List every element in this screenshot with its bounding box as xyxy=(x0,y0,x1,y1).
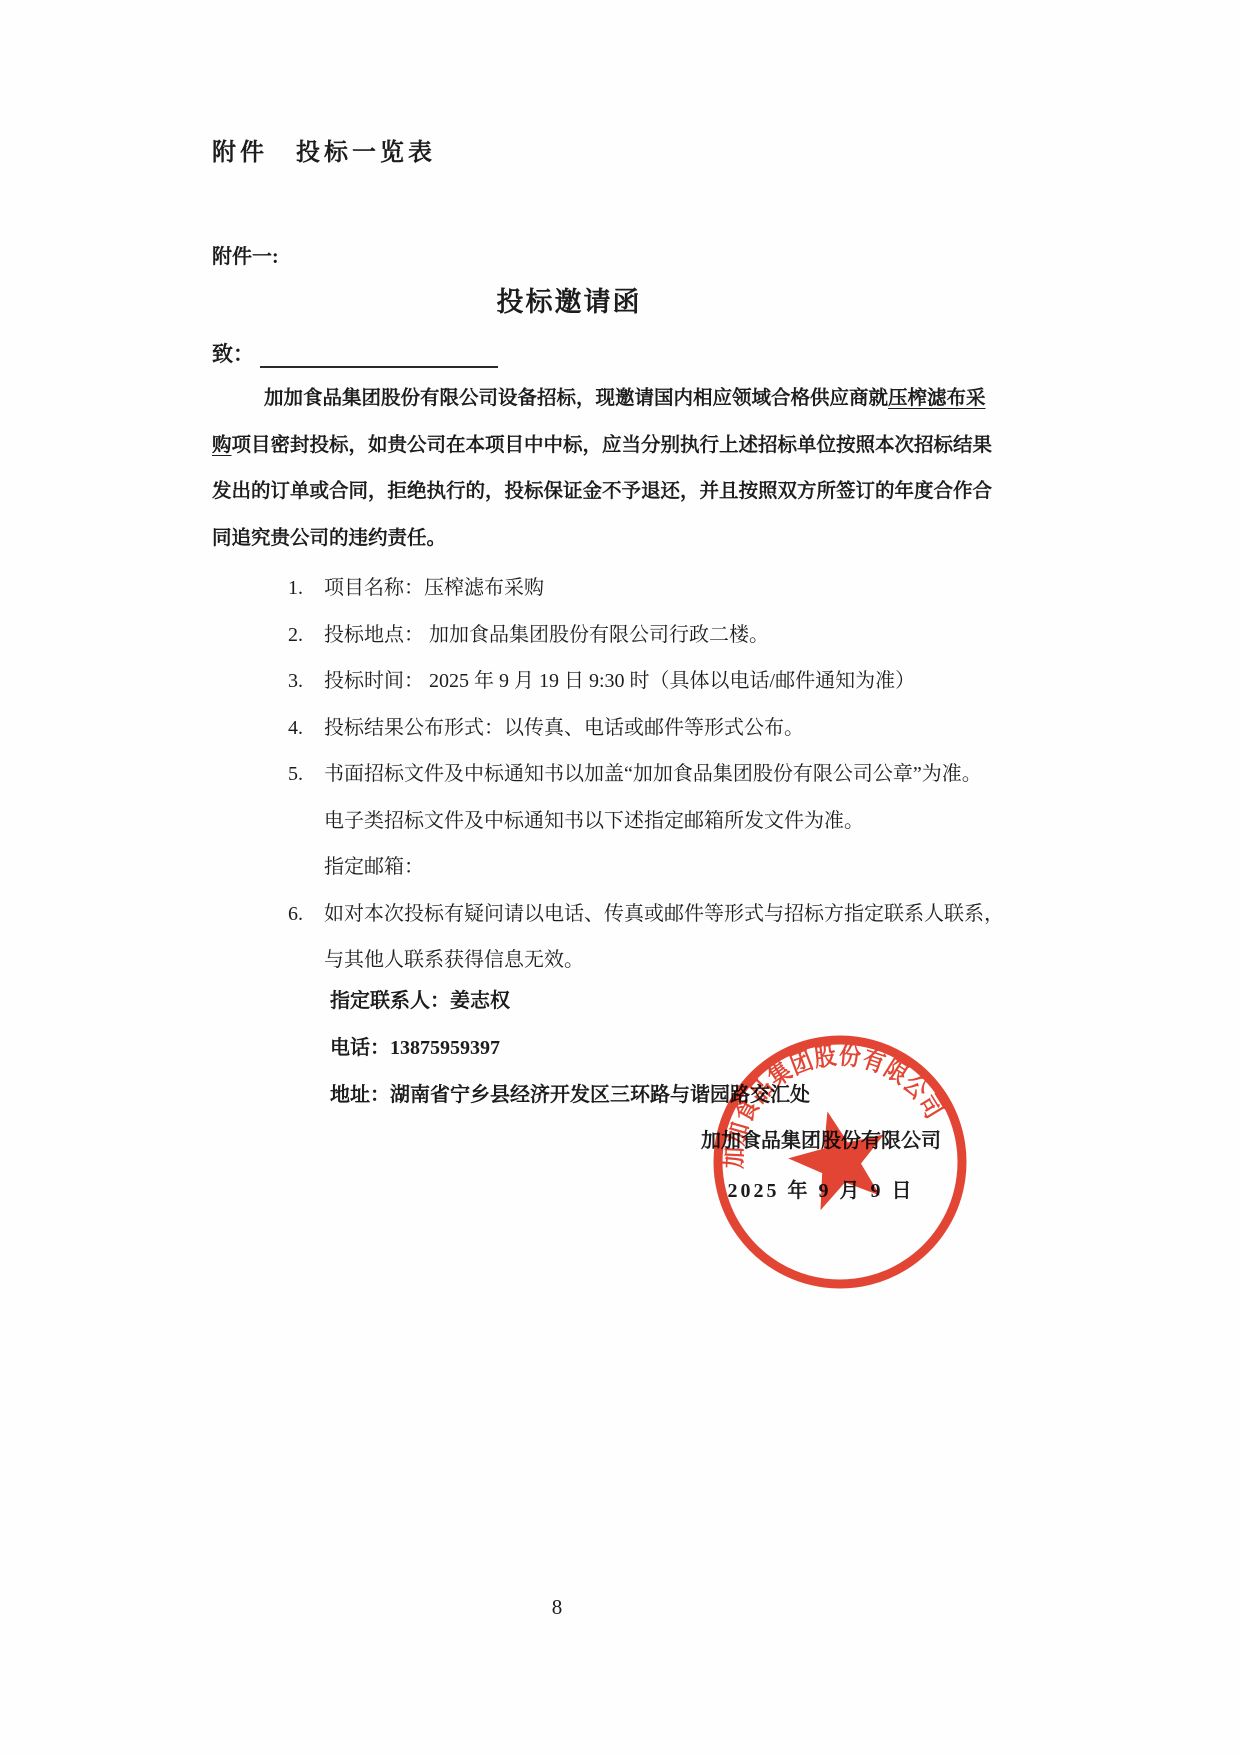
item-number: 1. xyxy=(288,565,324,612)
contact-address: 地址：湖南省宁乡县经济开发区三环路与谐园路交汇处 xyxy=(330,1072,810,1119)
intro-text: 同追究贵公司的违约责任。 xyxy=(212,528,446,549)
list-item: 2. 投标地点： 加加食品集团股份有限公司行政二楼。 xyxy=(288,612,948,659)
item-text: 与其他人联系获得信息无效。 xyxy=(324,937,1004,984)
signature-block: 加加食品集团股份有限公司 2025 年 9 月 9 日 xyxy=(698,1122,944,1210)
contact-block: 指定联系人：姜志权 电话：13875959397 地址：湖南省宁乡县经济开发区三… xyxy=(330,978,810,1119)
intro-line: 发出的订单或合同，拒绝执行的，投标保证金不予退还，并且按照双方所签订的年度合作合 xyxy=(212,469,942,516)
attachment-heading: 附件 投标一览表 xyxy=(212,132,436,167)
list-item: 1. 项目名称：压榨滤布采购 xyxy=(288,565,948,612)
page-number: 8 xyxy=(212,1595,902,1620)
item-text: 投标结果公布形式：以传真、电话或邮件等形式公布。 xyxy=(324,705,948,752)
intro-line: 同追究贵公司的违约责任。 xyxy=(212,516,942,563)
item-text: 投标地点： 加加食品集团股份有限公司行政二楼。 xyxy=(324,612,948,659)
letter-title: 投标邀请函 xyxy=(212,280,926,319)
item-number: 5. xyxy=(288,751,324,891)
item-text: 书面招标文件及中标通知书以加盖“加加食品集团股份有限公司公章”为准。 xyxy=(324,751,982,798)
signature-company: 加加食品集团股份有限公司 xyxy=(698,1122,944,1160)
list-item: 4. 投标结果公布形式：以传真、电话或邮件等形式公布。 xyxy=(288,705,948,752)
document-page: 附件 投标一览表 附件一: 投标邀请函 致： 加加食品集团股份有限公司设备招标，… xyxy=(0,0,1240,1755)
item-number: 4. xyxy=(288,705,324,752)
item-number: 2. xyxy=(288,612,324,659)
recipient-blank-field xyxy=(260,344,498,368)
designated-email-label: 指定邮箱： xyxy=(324,844,982,891)
intro-underlined-text: 购 xyxy=(212,435,232,456)
item-text: 电子类招标文件及中标通知书以下述指定邮箱所发文件为准。 xyxy=(324,798,982,845)
salutation-line: 致： xyxy=(212,338,498,368)
list-item: 5. 书面招标文件及中标通知书以加盖“加加食品集团股份有限公司公章”为准。 电子… xyxy=(288,751,948,891)
terms-list: 1. 项目名称：压榨滤布采购 2. 投标地点： 加加食品集团股份有限公司行政二楼… xyxy=(288,565,948,984)
item-text: 投标时间： 2025 年 9 月 19 日 9:30 时（具体以电话/邮件通知为… xyxy=(324,658,948,705)
list-item: 6. 如对本次投标有疑问请以电话、传真或邮件等形式与招标方指定联系人联系， 与其… xyxy=(288,891,948,984)
salutation-label: 致： xyxy=(212,342,254,366)
intro-text: 发出的订单或合同，拒绝执行的，投标保证金不予退还，并且按照双方所签订的年度合作合 xyxy=(212,481,992,502)
item-text: 如对本次投标有疑问请以电话、传真或邮件等形式与招标方指定联系人联系， xyxy=(324,891,1004,938)
item-text: 项目名称：压榨滤布采购 xyxy=(324,565,948,612)
list-item: 3. 投标时间： 2025 年 9 月 19 日 9:30 时（具体以电话/邮件… xyxy=(288,658,948,705)
intro-line: 加加食品集团股份有限公司设备招标，现邀请国内相应领域合格供应商就压榨滤布采 xyxy=(212,376,942,423)
attachment-one-label: 附件一: xyxy=(212,240,279,269)
item-number: 3. xyxy=(288,658,324,705)
intro-text: 项目密封投标，如贵公司在本项目中中标，应当分别执行上述招标单位按照本次招标结果 xyxy=(232,435,993,456)
intro-text: 加加食品集团股份有限公司设备招标，现邀请国内相应领域合格供应商就 xyxy=(264,388,888,409)
signature-date: 2025 年 9 月 9 日 xyxy=(698,1172,944,1210)
intro-line: 购项目密封投标，如贵公司在本项目中中标，应当分别执行上述招标单位按照本次招标结果 xyxy=(212,423,942,470)
contact-person: 指定联系人：姜志权 xyxy=(330,978,810,1025)
intro-paragraph: 加加食品集团股份有限公司设备招标，现邀请国内相应领域合格供应商就压榨滤布采 购项… xyxy=(212,376,942,562)
intro-underlined-text: 压榨滤布采 xyxy=(888,388,986,409)
contact-phone: 电话：13875959397 xyxy=(330,1025,810,1072)
item-number: 6. xyxy=(288,891,324,984)
